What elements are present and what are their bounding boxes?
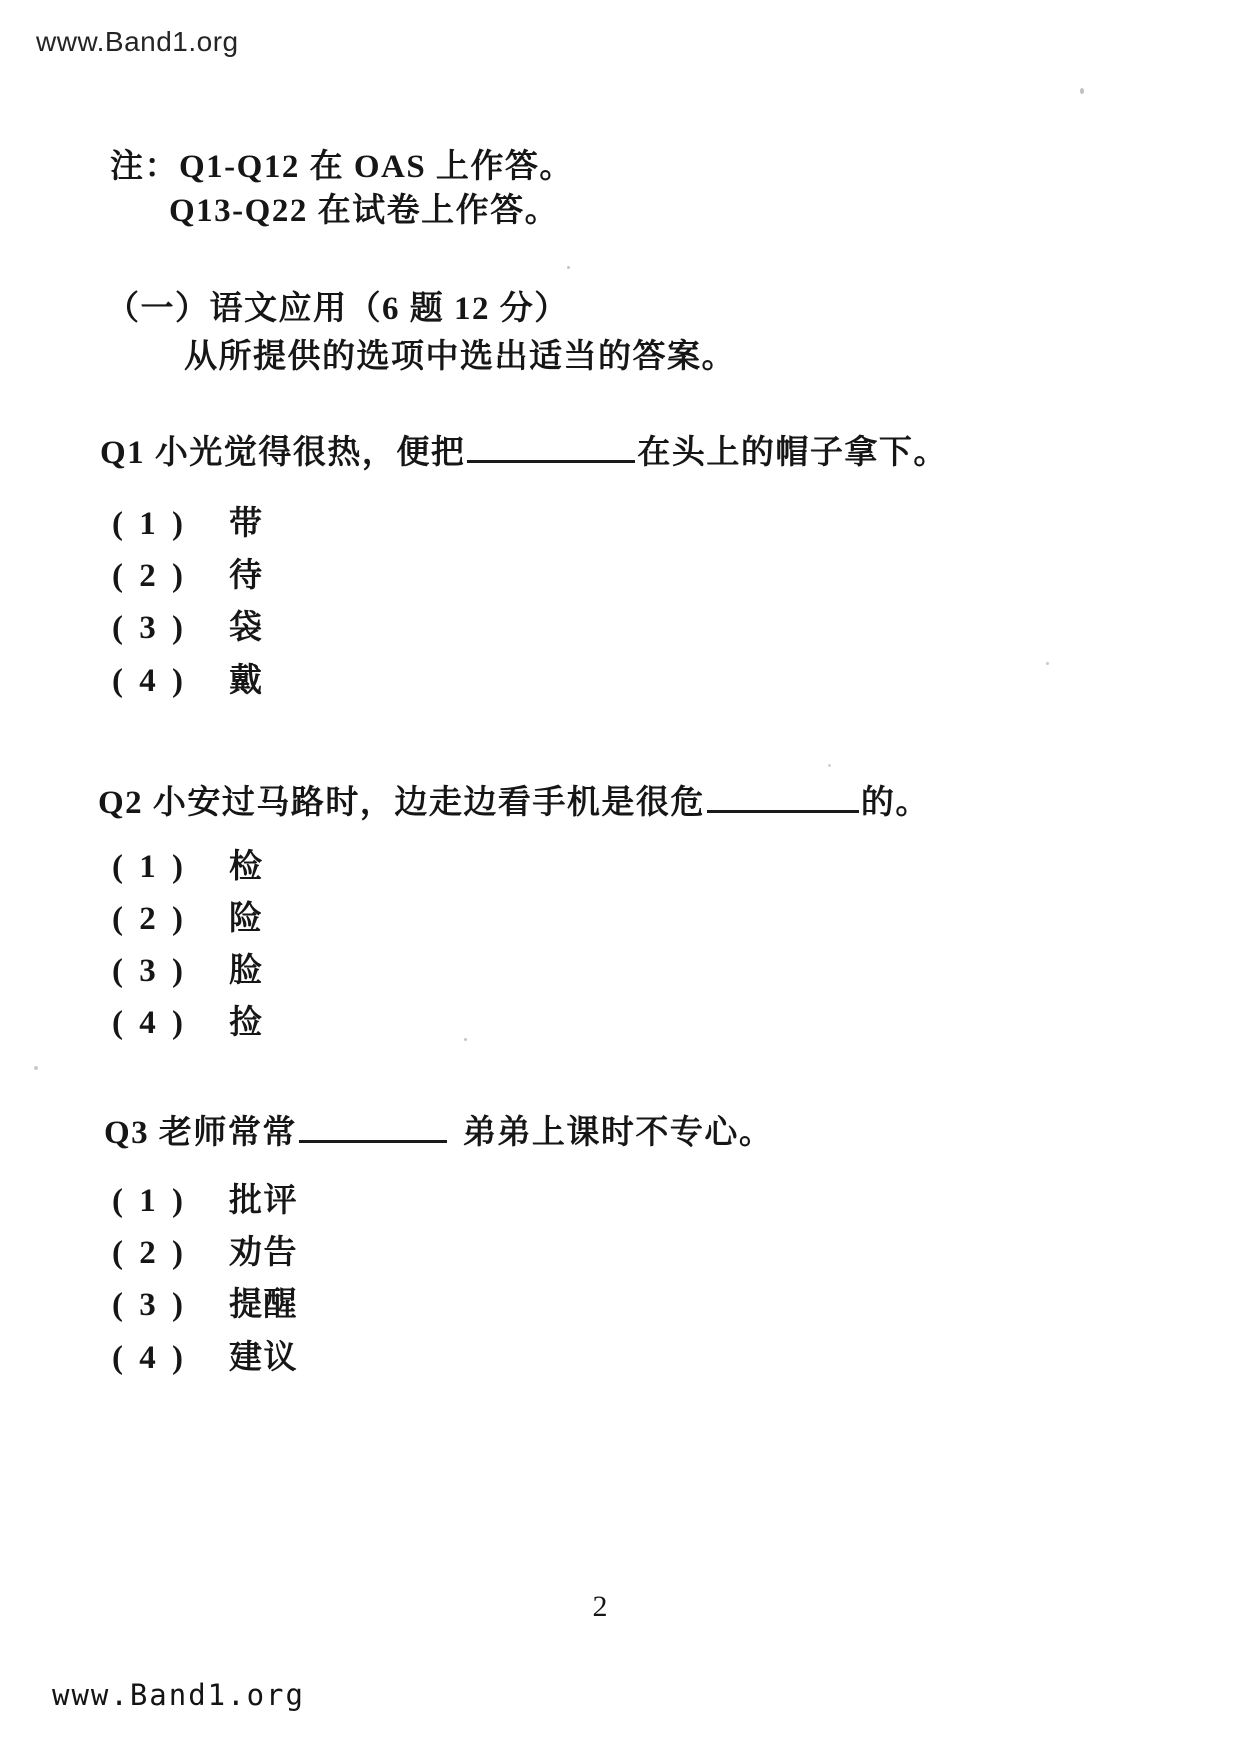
option-number: ( 4 ) — [112, 1005, 187, 1042]
option-text: 戴 — [229, 654, 264, 701]
scan-speck — [828, 764, 831, 767]
option-row: ( 1 ) 检 — [112, 840, 263, 887]
answer-blank — [707, 782, 859, 813]
option-row: ( 2 ) 劝告 — [112, 1226, 298, 1273]
option-text: 捡 — [229, 996, 264, 1043]
option-text: 劝告 — [229, 1226, 298, 1273]
option-text: 检 — [229, 840, 264, 887]
option-text: 批评 — [229, 1174, 298, 1221]
question-stem-q1: Q1 小光觉得很热，便把在头上的帽子拿下。 — [100, 426, 948, 473]
answer-blank — [299, 1112, 447, 1143]
option-row: ( 3 ) 提醒 — [112, 1278, 298, 1325]
answer-blank — [467, 432, 635, 463]
option-number: ( 2 ) — [112, 901, 187, 938]
page-number: 2 — [0, 1590, 1200, 1624]
question-stem-q3: Q3 老师常常弟弟上课时不专心。 — [104, 1106, 773, 1153]
scan-speck — [464, 1038, 467, 1041]
option-row: ( 3 ) 脸 — [112, 944, 263, 991]
option-text: 待 — [229, 549, 264, 596]
footer-watermark: www.Band1.org — [52, 1678, 305, 1712]
question-id: Q3 — [104, 1115, 149, 1151]
option-text: 建议 — [229, 1331, 298, 1378]
option-number: ( 4 ) — [112, 663, 187, 700]
option-row: ( 4 ) 建议 — [112, 1331, 298, 1378]
option-row: ( 3 ) 袋 — [112, 601, 263, 648]
option-text: 袋 — [229, 601, 264, 648]
option-row: ( 2 ) 险 — [112, 892, 263, 939]
scanned-exam-page: { "page": { "header_watermark": "www.Ban… — [0, 0, 1240, 1754]
option-number: ( 3 ) — [112, 1287, 187, 1324]
note-line-2: Q13-Q22 在试卷上作答。 — [169, 184, 559, 231]
option-number: ( 3 ) — [112, 610, 187, 647]
option-text: 脸 — [229, 944, 264, 991]
scan-speck — [1046, 662, 1049, 665]
option-number: ( 3 ) — [112, 953, 187, 990]
header-watermark: www.Band1.org — [36, 26, 239, 58]
scan-speck — [567, 266, 570, 269]
option-number: ( 4 ) — [112, 1340, 187, 1377]
option-text: 险 — [229, 892, 264, 939]
section-heading: （一）语文应用（6 题 12 分） — [106, 282, 569, 329]
option-number: ( 2 ) — [112, 1235, 187, 1272]
question-id: Q2 — [98, 785, 143, 821]
option-number: ( 1 ) — [112, 506, 187, 543]
note-line-1: 注：Q1-Q12 在 OAS 上作答。 — [110, 140, 574, 187]
question-stem-q2: Q2 小安过马路时，边走边看手机是很危的。 — [98, 776, 930, 823]
question-id: Q1 — [100, 435, 145, 471]
section-instruction: 从所提供的选项中选出适当的答案。 — [184, 330, 736, 377]
scan-speck — [1080, 88, 1084, 94]
option-row: ( 4 ) 捡 — [112, 996, 263, 1043]
option-number: ( 2 ) — [112, 558, 187, 595]
option-number: ( 1 ) — [112, 849, 187, 886]
option-row: ( 1 ) 带 — [112, 497, 263, 544]
option-row: ( 2 ) 待 — [112, 549, 263, 596]
option-number: ( 1 ) — [112, 1183, 187, 1220]
option-row: ( 4 ) 戴 — [112, 654, 263, 701]
scan-speck — [34, 1066, 38, 1070]
option-text: 带 — [229, 497, 264, 544]
option-row: ( 1 ) 批评 — [112, 1174, 298, 1221]
option-text: 提醒 — [229, 1278, 298, 1325]
